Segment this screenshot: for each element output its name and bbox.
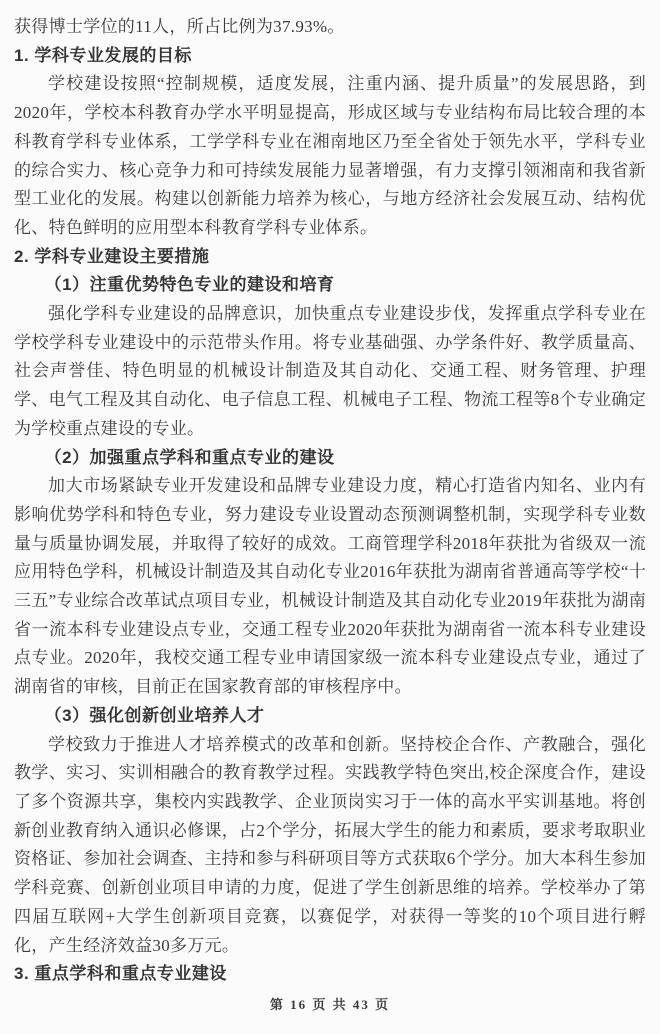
subsection-heading-2-1: （1）注重优势特色专业的建设和培育 <box>14 271 646 300</box>
page-number-footer: 第 16 页 共 43 页 <box>0 991 660 1020</box>
paragraph-key-discipline-building: 加大市场紧缺专业开发建设和品牌专业建设力度，精心打造省内知名、业内有影响优势学科… <box>14 472 646 702</box>
paragraph-continuation: 获得博士学位的11人，所占比例为37.93%。 <box>14 13 646 42</box>
paragraph-goals: 学校建设按照“控制规模，适度发展，注重内涵、提升质量”的发展思路，到2020年，… <box>14 70 646 242</box>
document-page: 获得博士学位的11人，所占比例为37.93%。 1. 学科专业发展的目标 学校建… <box>0 0 660 1034</box>
subsection-heading-2-3: （3）强化创新创业培养人才 <box>14 702 646 731</box>
section-heading-1: 1. 学科专业发展的目标 <box>14 42 646 71</box>
subsection-heading-2-2: （2）加强重点学科和重点专业的建设 <box>14 444 646 473</box>
paragraph-innovation-education: 学校致力于推进人才培养模式的改革和创新。坚持校企合作、产教融合，强化教学、实习、… <box>14 731 646 961</box>
section-heading-2: 2. 学科专业建设主要措施 <box>14 243 646 272</box>
section-heading-3: 3. 重点学科和重点专业建设 <box>14 960 646 989</box>
paragraph-key-specialties: 强化学科专业建设的品牌意识，加快重点专业建设步伐，发挥重点学科专业在学校学科专业… <box>14 300 646 444</box>
